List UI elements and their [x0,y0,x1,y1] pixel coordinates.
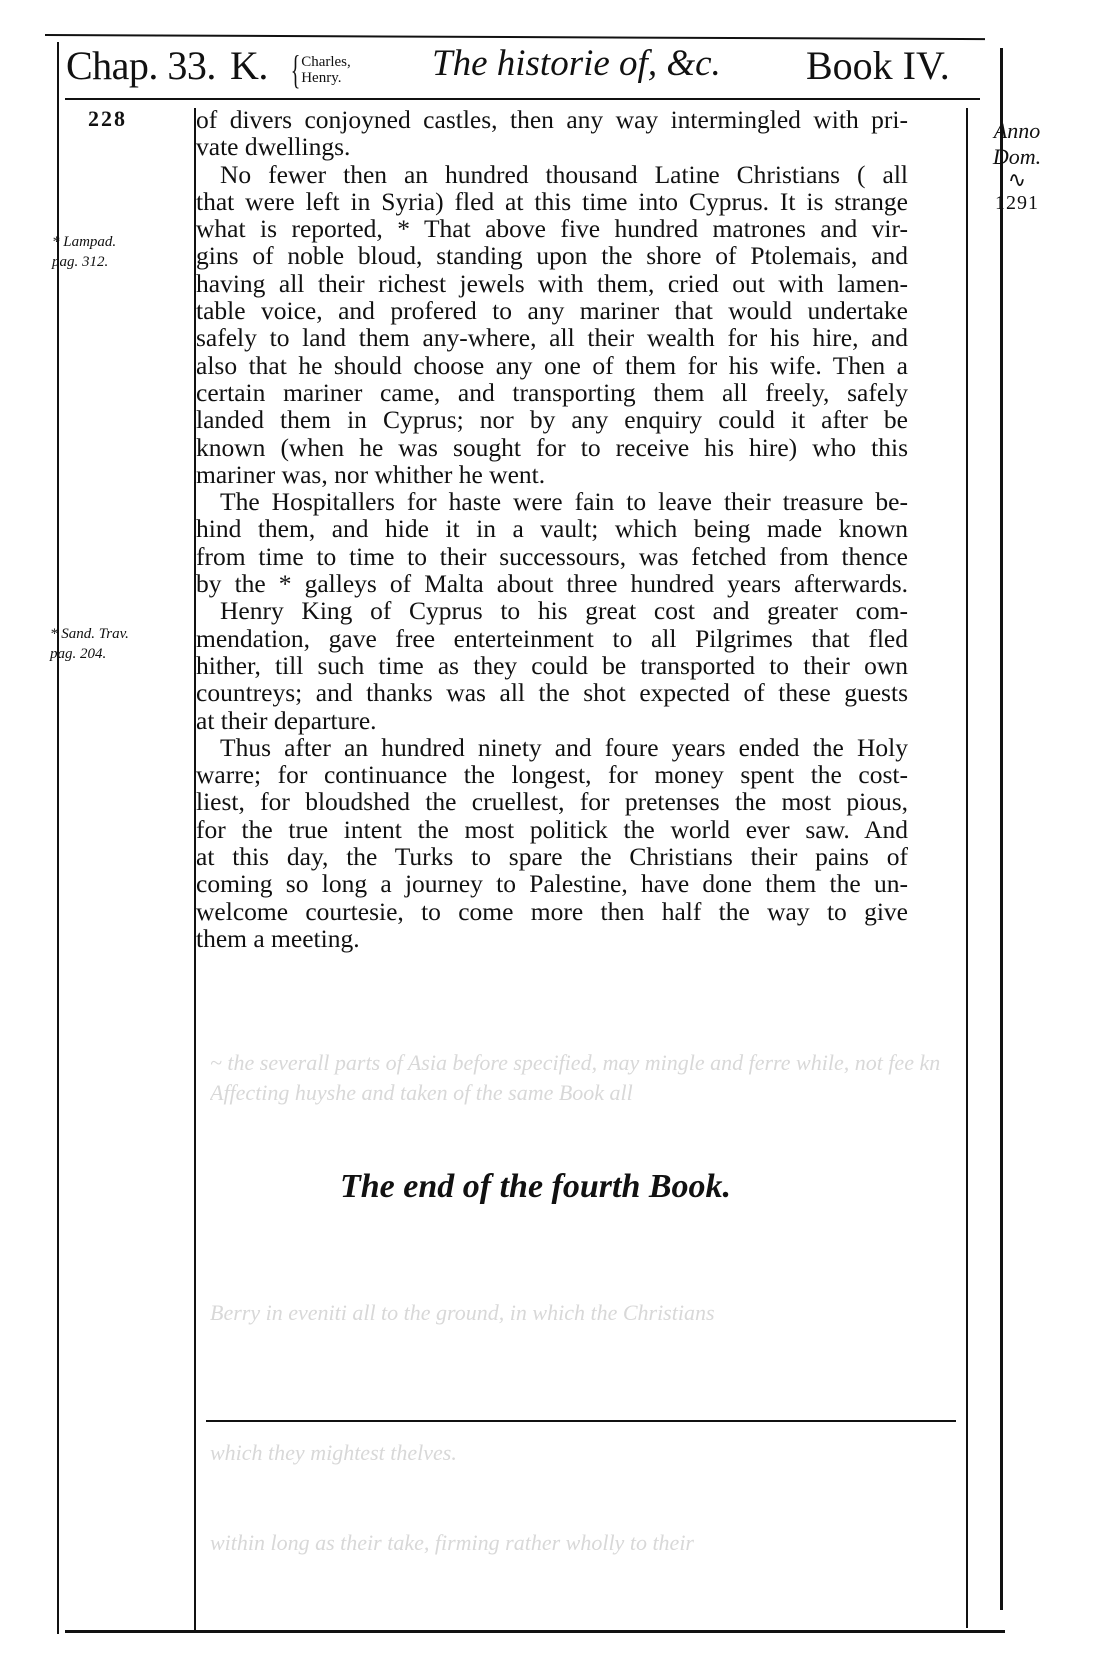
text-line: known (when he was sought for to receive… [196,434,908,461]
section-rule [206,1420,956,1422]
text-line: Thus after an hundred ninety and foure y… [196,734,908,761]
text-line: gins of noble bloud, standing upon the s… [196,242,908,269]
text-line: from time to time to their successours, … [196,543,908,570]
text-line: safely to land them any-where, all their… [196,324,908,351]
text-line: certain mariner came, and transporting t… [196,379,908,406]
running-header-chapter: Chap. 33. K. [66,42,268,94]
king-prefix: K. [230,42,268,89]
show-through-text: Berry in eveniti all to the ground, in w… [210,1300,940,1326]
text-line: mariner was, nor whither he went. [196,461,908,488]
text-line: having all their richest jewels with the… [196,270,908,297]
text-line: The Hospitallers for haste were fain to … [196,488,908,515]
show-through-text: Affecting huyshe and taken of the same B… [210,1080,940,1106]
text-line: vate dwellings. [196,133,908,160]
bottom-rule [65,1630,1005,1633]
text-line: at this day, the Turks to spare the Chri… [196,843,908,870]
marginal-note: * Lampad. pag. 312. [52,232,116,272]
text-line: Henry King of Cyprus to his great cost a… [196,597,908,624]
kings-bracket: { Charles, Henry. [286,50,351,90]
text-line: welcome courtesie, to come more then hal… [196,898,908,925]
book-label: Book IV. [806,42,950,89]
chapter-label: Chap. 33. [66,42,216,89]
text-line: of divers conjoyned castles, then any wa… [196,106,908,133]
frame-right-rule [1000,48,1003,1610]
show-through-text: within long as their take, firming rathe… [210,1530,940,1556]
text-line: landed them in Cyprus; nor by any enquir… [196,406,908,433]
text-line: what is reported, * That above five hund… [196,215,908,242]
kings-list: Charles, Henry. [301,54,351,86]
anno-domini-margin: Anno Dom. ∿ 1291 [982,118,1052,216]
page-number: 228 [88,106,127,132]
right-margin-divider [966,108,968,1628]
frame-left-rule [57,42,59,1634]
show-through-text: ~ the severall parts of Asia before spec… [210,1050,940,1076]
text-line: them a meeting. [196,925,908,952]
text-line: No fewer then an hundred thousand Latine… [196,161,908,188]
text-line: liest, for bloudshed the cruellest, for … [196,788,908,815]
king-name: Charles, [301,54,351,70]
text-line: that were left in Syria) fled at this ti… [196,188,908,215]
running-title: The historie of, &c. [432,42,721,85]
year-label: 1291 [982,190,1052,216]
note-line: * Lampad. [52,232,116,252]
text-line: for the true intent the most politick th… [196,816,908,843]
note-line: pag. 204. [50,644,129,664]
note-line: pag. 312. [52,252,116,272]
text-line: by the * galleys of Malta about three hu… [196,570,908,597]
text-line: warre; for continuance the longest, for … [196,761,908,788]
text-line: at their departure. [196,707,908,734]
header-bottom-rule [65,98,980,100]
squiggle-ornament-icon: ∿ [982,170,1052,190]
text-line: mendation, gave free enterteinment to al… [196,625,908,652]
show-through-text: which they mightest thelves. [210,1440,940,1466]
text-line: hither, till such time as they could be … [196,652,908,679]
text-line: countreys; and thanks was all the shot e… [196,679,908,706]
text-line: coming so long a journey to Palestine, h… [196,870,908,897]
king-name: Henry. [301,70,351,86]
anno-label: Anno [982,118,1052,144]
marginal-note: * Sand. Trav. pag. 204. [50,624,129,664]
text-line: hind them, and hide it in a vault; which… [196,515,908,542]
note-line: * Sand. Trav. [50,624,129,644]
text-line: also that he should choose any one of th… [196,352,908,379]
text-line: table voice, and profered to any mariner… [196,297,908,324]
brace-glyph: { [291,50,301,90]
header-top-rule [45,34,985,40]
body-text: of divers conjoyned castles, then any wa… [196,106,908,952]
closing-line: The end of the fourth Book. [340,1168,840,1206]
